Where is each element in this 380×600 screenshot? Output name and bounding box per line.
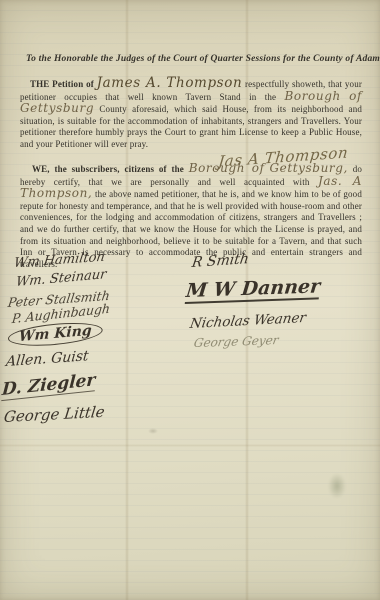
- signature-wm-steinaur: Wm. Steinaur: [15, 267, 107, 290]
- petition-paragraph: THE Petition of James A. Thompson respec…: [20, 78, 362, 165]
- signature-allen-guist: Allen. Guist: [5, 348, 89, 370]
- signature-m-w-danner: M W Danner: [185, 275, 322, 304]
- signature-nicholas-weaner: Nicholas Weaner: [189, 310, 307, 332]
- place-type-handwritten: Borough: [284, 89, 340, 103]
- scanned-petition-document: To the Honorable the Judges of the Court…: [0, 0, 380, 600]
- certificate-lead: WE, the subscribers, citizens of the: [32, 164, 184, 174]
- petitioner-name-handwritten: James A. Thompson: [97, 75, 243, 91]
- subscriber-signatures: Wm Hamilton Wm. Steinaur Peter Stallsmit…: [0, 250, 380, 450]
- signature-george-geyer: George Geyer: [193, 333, 280, 350]
- court-heading: To the Honorable the Judges of the Court…: [26, 54, 380, 66]
- certificate-place-handwritten-1: Borough of: [189, 161, 265, 175]
- signature-george-little: George Little: [3, 403, 106, 426]
- paper-stain: [328, 473, 346, 499]
- petition-lead: THE Petition of: [30, 79, 94, 89]
- signature-r-smith: R Smith: [191, 251, 250, 271]
- signature-d-ziegler: D. Ziegler: [1, 370, 96, 401]
